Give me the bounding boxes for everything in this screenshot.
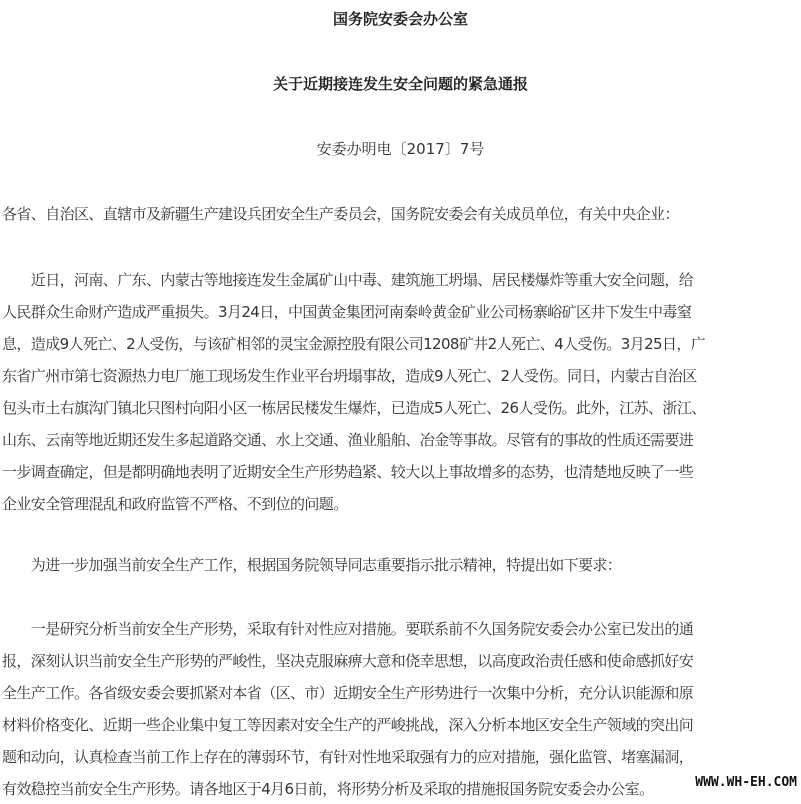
paragraph-line: 息，造成9人死亡、2人受伤，与该矿相邻的灵宝金源控股有限公司1208矿井2人死亡… xyxy=(2,328,792,360)
paragraph-requirement-one: 一是研究分析当前安全生产形势，采取有针对性应对措施。要联系前不久国务院安委会办公… xyxy=(2,613,792,804)
paragraph-line: 有效稳控当前安全生产形势。请各地区于4月6日前，将形势分析及采取的措施报国务院安… xyxy=(2,773,792,804)
paragraph-line: 东省广州市第七资源热力电厂施工现场发生作业平台坍塌事故，造成9人死亡、2人受伤。… xyxy=(2,360,792,392)
salutation: 各省、自治区、直辖市及新疆生产建设兵团安全生产委员会，国务院安委会有关成员单位，… xyxy=(2,203,679,224)
paragraph-line: 题和动向，认真检查当前工作上存在的薄弱环节，有针对性地采取强有力的应对措施，强化… xyxy=(2,741,792,773)
paragraph-line: 为进一步加强当前安全生产工作，根据国务院领导同志重要指示批示精神，特提出如下要求… xyxy=(2,549,792,581)
document-title: 关于近期接连发生安全问题的紧急通报 xyxy=(0,73,801,94)
paragraph-incidents: 近日，河南、广东、内蒙古等地接连发生金属矿山中毒、建筑施工坍塌、居民楼爆炸等重大… xyxy=(2,264,792,520)
watermark: WWW.WH-EH.COM xyxy=(695,775,797,790)
paragraph-requirements-intro: 为进一步加强当前安全生产工作，根据国务院领导同志重要指示批示精神，特提出如下要求… xyxy=(2,549,792,581)
paragraph-line: 近日，河南、广东、内蒙古等地接连发生金属矿山中毒、建筑施工坍塌、居民楼爆炸等重大… xyxy=(2,264,792,296)
paragraph-line: 包头市土右旗沟门镇北只图村向阳小区一栋居民楼发生爆炸，已造成5人死亡、26人受伤… xyxy=(2,392,792,424)
paragraph-line: 山东、云南等地近期还发生多起道路交通、水上交通、渔业船舶、冶金等事故。尽管有的事… xyxy=(2,424,792,456)
paragraph-line: 一步调查确定，但是都明确地表明了近期安全生产形势趋紧、较大以上事故增多的态势，也… xyxy=(2,456,792,488)
paragraph-line: 人民群众生命财产造成严重损失。3月24日，中国黄金集团河南秦岭黄金矿业公司杨寨峪… xyxy=(2,296,792,328)
paragraph-line: 报，深刻认识当前安全生产形势的严峻性，坚决克服麻痹大意和侥幸思想，以高度政治责任… xyxy=(2,645,792,677)
issuer-heading: 国务院安委会办公室 xyxy=(0,8,801,29)
paragraph-line: 企业安全管理混乱和政府监管不严格、不到位的问题。 xyxy=(2,488,792,520)
paragraph-line: 一是研究分析当前安全生产形势，采取有针对性应对措施。要联系前不久国务院安委会办公… xyxy=(2,613,792,645)
paragraph-line: 材料价格变化、近期一些企业集中复工等因素对安全生产的严峻挑战，深入分析本地区安全… xyxy=(2,709,792,741)
paragraph-line: 全生产工作。各省级安委会要抓紧对本省（区、市）近期安全生产形势进行一次集中分析，… xyxy=(2,677,792,709)
document-number: 安委办明电〔2017〕7号 xyxy=(0,138,801,159)
